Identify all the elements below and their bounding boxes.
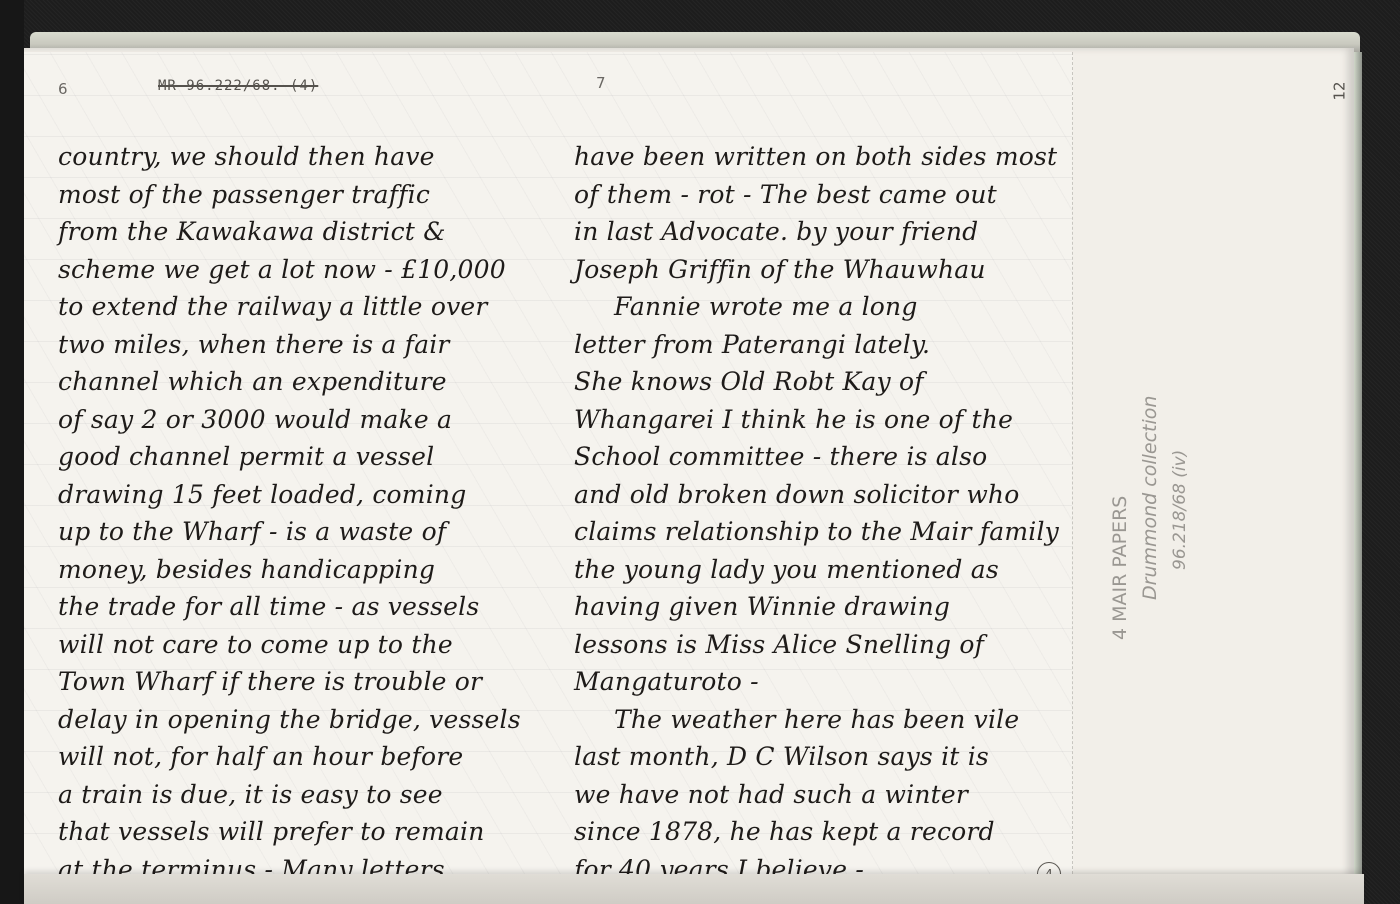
letter-line: School committee - there is also [574, 438, 1054, 476]
letter-line: good channel permit a vessel [58, 438, 538, 476]
letter-line: the young lady you mentioned as [574, 551, 1054, 589]
letter-line: the trade for all time - as vessels [58, 588, 538, 626]
catalogue-note-collection: Drummond collection [1135, 396, 1165, 640]
letter-line: will not care to come up to the [58, 626, 538, 664]
page-number-left: 6 [58, 80, 68, 98]
letter-line: from the Kawakawa district & [58, 213, 538, 251]
letter-line: Town Wharf if there is trouble or [58, 663, 538, 701]
letter-line: channel which an expenditure [58, 363, 538, 401]
letter-line: claims relationship to the Mair family [574, 513, 1054, 551]
letter-line: since 1878, he has kept a record [574, 813, 1054, 851]
letter-line: lessons is Miss Alice Snelling of [574, 626, 1054, 664]
album-page-number: 12 [1331, 81, 1349, 100]
letter-line: money, besides handicapping [58, 551, 538, 589]
letter-line: to extend the railway a little over [58, 288, 538, 326]
letter-line: of them - rot - The best came out [574, 176, 1054, 214]
letter-line: in last Advocate. by your friend [574, 213, 1054, 251]
letter-line: Joseph Griffin of the Whauwhau [574, 251, 1054, 289]
letter-column-left: country, we should then have most of the… [58, 138, 538, 888]
letter-line: delay in opening the bridge, vessels [58, 701, 538, 739]
letter-line: up to the Wharf - is a waste of [58, 513, 538, 551]
letter-line-paragraph-start: Fannie wrote me a long [574, 288, 1054, 326]
page-number-right: 7 [596, 74, 606, 92]
catalogue-note-title: 4 MAIR PAPERS [1105, 396, 1135, 640]
letter-line: most of the passenger traffic [58, 176, 538, 214]
letter-line: Whangarei I think he is one of the [574, 401, 1054, 439]
album-spine [0, 0, 24, 904]
letter-line: have been written on both sides most [574, 138, 1054, 176]
letter-line: we have not had such a winter [574, 776, 1054, 814]
next-page-fold [24, 874, 1364, 904]
letter-line: last month, D C Wilson says it is [574, 738, 1054, 776]
letter-line: She knows Old Robt Kay of [574, 363, 1054, 401]
letter-column-right: have been written on both sides most of … [574, 138, 1054, 888]
letter-line: letter from Paterangi lately. [574, 326, 1054, 364]
catalogue-note-reference: 96.218/68 (iv) [1165, 396, 1195, 640]
letter-line: of say 2 or 3000 would make a [58, 401, 538, 439]
letter-line: two miles, when there is a fair [58, 326, 538, 364]
letter-line: and old broken down solicitor who [574, 476, 1054, 514]
letter-line: drawing 15 feet loaded, coming [58, 476, 538, 514]
letter-line-paragraph-start: The weather here has been vile [574, 701, 1054, 739]
catalogue-pencil-note: 4 MAIR PAPERS Drummond collection 96.218… [1105, 396, 1195, 640]
letter-line: will not, for half an hour before [58, 738, 538, 776]
letter-line: a train is due, it is easy to see [58, 776, 538, 814]
letter-line: country, we should then have [58, 138, 538, 176]
letter-line: having given Winnie drawing [574, 588, 1054, 626]
letter-line: Mangaturoto - [574, 663, 1054, 701]
letter-line: scheme we get a lot now - £10,000 [58, 251, 538, 289]
crossed-out-reference: MR 96.222/68. (4) [158, 78, 318, 94]
letter-line: that vessels will prefer to remain [58, 813, 538, 851]
page-edge-right [1354, 52, 1362, 882]
